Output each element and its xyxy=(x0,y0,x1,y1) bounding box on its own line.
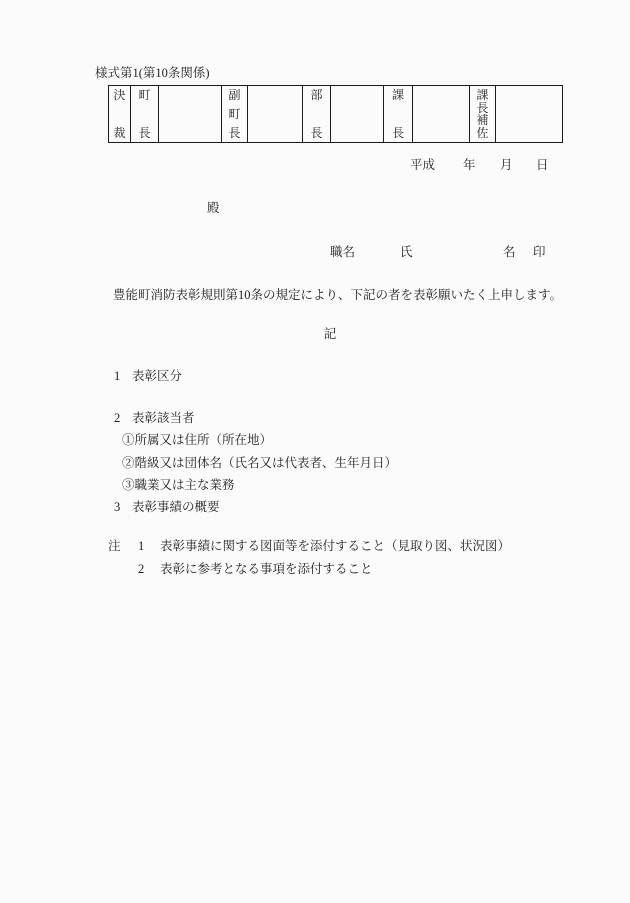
item-2-number: 2 xyxy=(114,411,120,426)
note-1-text: 表彰事績に関する図面等を添付すること（見取り図、状況図） xyxy=(160,539,510,554)
item-3-text: 表彰事績の概要 xyxy=(132,500,220,515)
signature-title-label: 職名 xyxy=(330,245,355,260)
document-page: 様式第1(第10条関係) 決裁 町長 副町長 部長 課長 課長補佐 平成 年 月… xyxy=(0,0,630,903)
signature-name-first: 氏 xyxy=(400,245,413,260)
signature-name-last: 名 xyxy=(503,245,516,260)
addressee-suffix: 殿 xyxy=(207,201,220,216)
signature-seal-label: 印 xyxy=(533,245,546,260)
item-1-text: 表彰区分 xyxy=(132,369,182,384)
body-text: 豊能町消防表彰規則第10条の規定により、下記の者を表彰願いたく上申します。 xyxy=(113,288,562,303)
date-year-label: 年 xyxy=(463,158,476,173)
cell-assistant-section-head-header: 課長補佐 xyxy=(470,86,496,142)
sub-item-2: ②階級又は団体名（氏名又は代表者、生年月日） xyxy=(122,456,397,471)
note-1-number: 1 xyxy=(138,539,144,554)
note-2-text: 表彰に参考となる事項を添付すること xyxy=(160,562,373,577)
item-1-number: 1 xyxy=(114,369,120,384)
note-2-number: 2 xyxy=(138,562,144,577)
stamp-space-department-head xyxy=(331,86,384,142)
sub-item-3: ③職業又は主な業務 xyxy=(122,478,235,493)
cell-deputy-mayor-header: 副町長 xyxy=(222,86,248,142)
cell-mayor-header: 町長 xyxy=(131,86,159,142)
cell-section-head-header: 課長 xyxy=(384,86,413,142)
stamp-space-deputy-mayor xyxy=(248,86,303,142)
form-number: 様式第1(第10条関係) xyxy=(95,66,210,81)
cell-kessai-header: 決裁 xyxy=(109,86,131,142)
cell-department-head-header: 部長 xyxy=(303,86,331,142)
date-era-label: 平成 xyxy=(410,158,435,173)
stamp-space-section-head xyxy=(413,86,470,142)
stamp-space-assistant-section-head xyxy=(496,86,562,142)
stamp-space-mayor xyxy=(159,86,222,142)
item-2-text: 表彰該当者 xyxy=(132,411,195,426)
approval-stamp-table: 決裁 町長 副町長 部長 課長 課長補佐 xyxy=(108,85,563,143)
record-marker: 記 xyxy=(95,327,565,342)
date-month-label: 月 xyxy=(500,158,513,173)
sub-item-1: ①所属又は住所（所在地） xyxy=(122,433,272,448)
date-day-label: 日 xyxy=(536,158,549,173)
item-3-number: 3 xyxy=(114,500,120,515)
notes-label: 注 xyxy=(108,539,121,554)
